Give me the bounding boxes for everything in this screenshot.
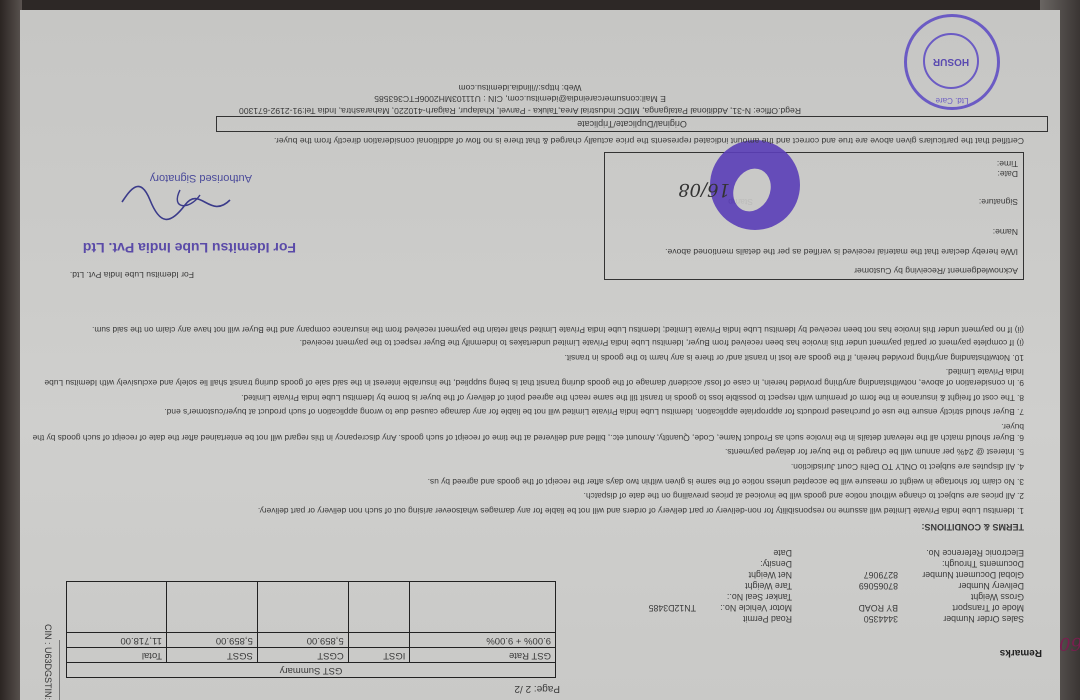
value-sgst: 5,859.00 <box>166 633 257 648</box>
cin-label: CIN : U63D <box>42 624 53 670</box>
invoice-page: Page: 2 /2 GSTIN: CIN : U63D GST Summary… <box>20 10 1060 700</box>
order-info-value <box>586 569 696 580</box>
remarks-label: Remarks <box>1000 646 1042 659</box>
ack-time-label: Time: <box>997 158 1018 169</box>
value-igst <box>348 633 410 648</box>
terms-item: (i) If complete payment or partial payme… <box>24 338 1024 349</box>
order-info-label: Motor Vehicle No.: <box>696 602 792 613</box>
header-cgst: CGST <box>257 648 348 663</box>
order-info-value: 3444350 <box>792 613 898 624</box>
order-info-value <box>792 558 898 569</box>
value-gst-rate: 9.00% + 9.00% <box>410 633 556 648</box>
value-cgst: 5,859.00 <box>257 633 348 648</box>
round-company-stamp: Ltd. Care HOSUR <box>904 14 1000 110</box>
round-stamp-ring-text: Ltd. Care <box>907 95 997 105</box>
value-total: 11,718.00 <box>67 633 167 648</box>
copy-type: Original/Duplicate/Triplicate <box>216 116 1048 132</box>
order-info-value <box>586 580 696 591</box>
handwritten-date: 16/08 <box>678 178 730 201</box>
order-info-label: Gross Weight <box>898 591 1024 602</box>
terms-item: 9. In consideration of above, notwithsta… <box>24 367 1024 388</box>
side-label-strip: GSTIN: CIN : U63D <box>19 640 60 700</box>
page-number: Page: 2 /2 <box>514 682 560 695</box>
certified-statement: Certified that the particulars given abo… <box>274 135 1024 146</box>
email-cin: E Mail:consumercareindia@idemitsu.com, C… <box>200 94 840 105</box>
gst-summary-value-row: 9.00% + 9.00% 5,859.00 5,859.00 11,718.0… <box>67 633 556 648</box>
order-info-row: Delivery Number87065069Tare Weight <box>544 580 1024 591</box>
gst-summary-title: GST Summary <box>67 663 556 678</box>
order-info-value <box>792 591 898 602</box>
terms-item: 4. All disputes are subject to ONLY TO D… <box>24 461 1024 472</box>
order-info-row: Mode of TransportBY ROADMotor Vehicle No… <box>544 602 1024 613</box>
order-info-row: Sales Order Number3444350Road Permit <box>544 613 1024 624</box>
order-info-value <box>586 547 696 558</box>
registered-office-block: Regd.Office: N-31, Additional Patalganga… <box>200 81 840 116</box>
company-rubber-stamp: For Idemitsu Lube India Pvt. Ltd <box>83 239 296 257</box>
order-info-label: Tanker Seal No.: <box>696 591 792 602</box>
header-gst-rate: GST Rate <box>410 648 556 663</box>
header-total: Total <box>67 648 167 663</box>
order-info-label: Electronic Reference No. <box>898 547 1024 558</box>
order-info: Sales Order Number3444350Road PermitMode… <box>544 547 1024 624</box>
order-info-label: Global Document Number <box>898 569 1024 580</box>
terms-item: (ii) If no payment under this invoice ha… <box>24 324 1024 335</box>
ack-declaration: I/We hereby declare that the material re… <box>665 246 1018 257</box>
terms-item: 6. Buyer should match all the relevant d… <box>24 422 1024 443</box>
order-info-label: Net Weight <box>696 569 792 580</box>
terms-item: 2. All prices are subject to change with… <box>24 491 1024 502</box>
order-info-label: Mode of Transport <box>898 602 1024 613</box>
order-info-value: BY ROAD <box>792 602 898 613</box>
gst-summary-table: GST Summary GST Rate IGST CGST SGST Tota… <box>66 581 556 678</box>
ack-signature-label: Signature: <box>979 196 1018 207</box>
order-info-value: 87065069 <box>792 580 898 591</box>
terms-item: 7. Buyer should strictly ensure the use … <box>24 407 1024 418</box>
acknowledgement-box: Acknowledgement /Receiving by Customer I… <box>604 152 1024 280</box>
order-info-row: Documents Through:Density: <box>544 558 1024 569</box>
order-info-label: Delivery Number <box>898 580 1024 591</box>
terms-list: 1. Idemitsu Lube India Private Limited w… <box>24 321 1024 516</box>
order-info-row: Electronic Reference No.Date <box>544 547 1024 558</box>
terms-item: 3. No claim for shortage in weight or me… <box>24 476 1024 487</box>
regd-office: Regd.Office: N-31, Additional Patalganga… <box>200 105 840 116</box>
order-info-value <box>586 591 696 602</box>
order-info-value <box>792 547 898 558</box>
gstin-label: GSTIN: <box>42 670 53 700</box>
ack-name-label: Name: <box>993 226 1018 237</box>
photo-background-left <box>0 0 22 700</box>
terms-item: 8. The cost of freight & insurance in th… <box>24 392 1024 403</box>
gst-summary-blank-row <box>67 582 556 633</box>
order-info-value <box>586 558 696 569</box>
terms-title: TERMS & CONDITIONS: <box>922 521 1025 532</box>
website: Web: https://ilindia.idemitsu.com <box>200 82 840 93</box>
order-info-value: 8279067 <box>792 569 898 580</box>
order-info-row: Global Document Number8279067Net Weight <box>544 569 1024 580</box>
order-info-label: Documents Through: <box>898 558 1024 569</box>
header-igst: IGST <box>348 648 410 663</box>
gst-summary-header-row: GST Rate IGST CGST SGST Total <box>67 648 556 663</box>
order-info-label: Road Permit <box>696 613 792 624</box>
authorised-signatory: Authorised Signatory <box>150 170 252 184</box>
order-info-row: Gross WeightTanker Seal No.: <box>544 591 1024 602</box>
signature-scribble <box>120 180 240 230</box>
round-stamp-center: HOSUR <box>923 33 979 89</box>
order-info-label: Density: <box>696 558 792 569</box>
terms-item: 5. Interest @ 24% per annum will be char… <box>24 447 1024 458</box>
terms-item: 1. Idemitsu Lube India Private Limited w… <box>24 506 1024 517</box>
for-company-printed: For Idemitsu Lube India Pvt. Ltd. <box>70 269 194 280</box>
header-sgst: SGST <box>166 648 257 663</box>
ack-date-label: Date: <box>997 168 1018 179</box>
handwritten-note: 60 <box>1059 632 1080 655</box>
order-info-value: TN12D3485 <box>586 602 696 613</box>
order-info-label: Tare Weight <box>696 580 792 591</box>
terms-item: 10. Notwithstanding anything provided he… <box>24 352 1024 363</box>
order-info-label: Date <box>696 547 792 558</box>
order-info-value <box>586 613 696 624</box>
ack-title: Acknowledgement /Receiving by Customer <box>854 265 1018 276</box>
order-info-label: Sales Order Number <box>898 613 1024 624</box>
